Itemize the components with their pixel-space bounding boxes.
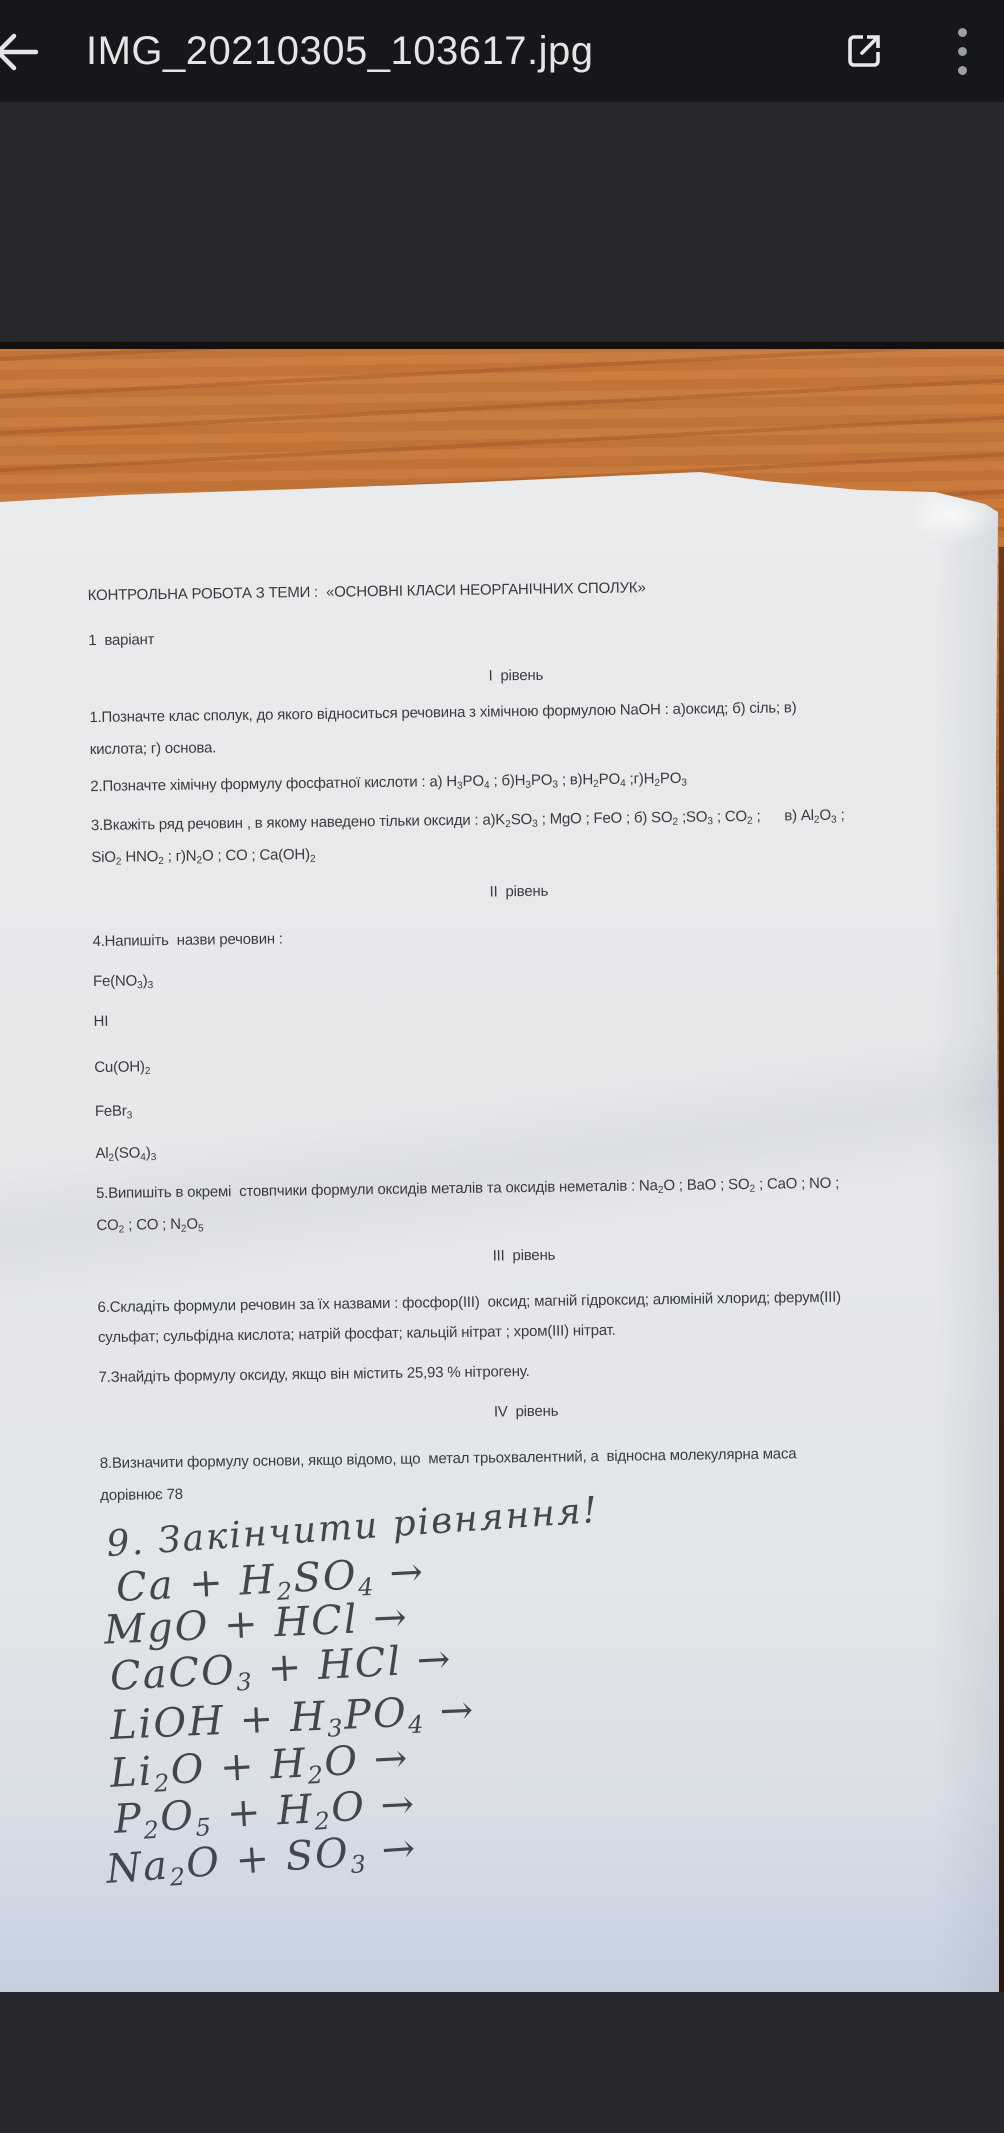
photo-top-dark-edge — [0, 342, 1004, 349]
three-dot-menu-icon — [949, 28, 975, 75]
back-button[interactable] — [0, 26, 42, 78]
app-bar: IMG_20210305_103617.jpg — [0, 0, 1004, 102]
open-in-new-button[interactable] — [840, 27, 888, 75]
handwritten-equations-layer: 9. Закінчити рівняння!Ca + H2SO4 →MgO + … — [0, 342, 1004, 1992]
photo-right-shadow-edge — [999, 547, 1004, 1992]
photo-of-test-paper: КОНТРОЛЬНА РОБОТА З ТЕМИ : «ОСНОВНІ КЛАС… — [0, 342, 1004, 1992]
open-in-new-icon — [841, 28, 887, 74]
image-viewer-area[interactable]: КОНТРОЛЬНА РОБОТА З ТЕМИ : «ОСНОВНІ КЛАС… — [0, 102, 1004, 2133]
test-paper-sheet: КОНТРОЛЬНА РОБОТА З ТЕМИ : «ОСНОВНІ КЛАС… — [0, 342, 1004, 1992]
overflow-menu-button[interactable] — [938, 27, 986, 75]
file-name-title: IMG_20210305_103617.jpg — [86, 0, 593, 102]
arrow-left-icon — [0, 26, 42, 78]
app-bar-actions — [840, 0, 1004, 102]
